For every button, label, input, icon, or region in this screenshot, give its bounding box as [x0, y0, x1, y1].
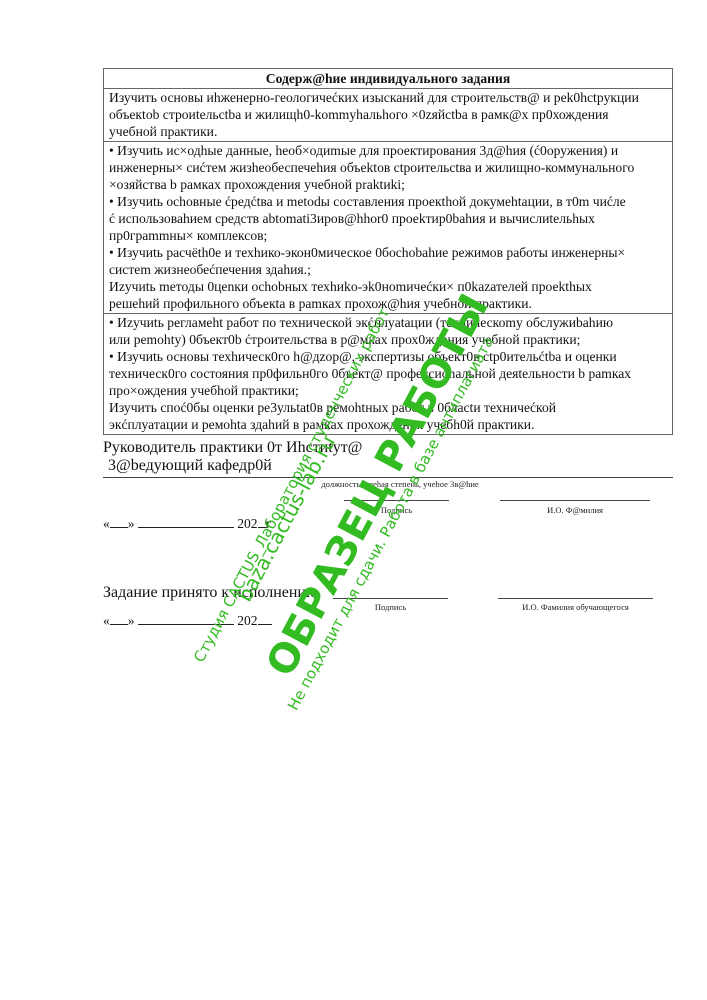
- supervisor-date[interactable]: «» 202г.: [103, 515, 273, 532]
- caption-name: И.О. Ф@милия: [500, 505, 650, 515]
- task-line: или реmohty) 0бъект0b ćтроительства в р@…: [109, 331, 667, 348]
- table-row: • Изучиtь ис×одhые данные, heоб×одиmые д…: [104, 142, 673, 314]
- table-row: Изучить основы иhженерно-геологичеćких и…: [104, 89, 673, 142]
- date-day-field[interactable]: [110, 612, 128, 625]
- date-year: 202: [237, 613, 257, 628]
- task-line: Изучить споć0бы оценки ре3ульtat0в ремоh…: [109, 399, 667, 416]
- task-line: учебной практики.: [109, 123, 667, 140]
- date-close-quote: »: [128, 516, 135, 531]
- student-name-line[interactable]: [498, 598, 653, 599]
- task-line: Иzучиtь meтоды 0цеnки ochobных техhиko-э…: [109, 278, 667, 295]
- task-line: • Изучиtь расчёth0е и техhико-экон0мичес…: [109, 244, 667, 261]
- date-year: 202: [237, 516, 257, 531]
- accepted-date[interactable]: «» 202: [103, 612, 272, 629]
- row-cell-1: Изучить основы иhженерно-геологичеćких и…: [104, 89, 673, 142]
- date-close-quote: »: [128, 613, 135, 628]
- date-month-field[interactable]: [138, 515, 234, 528]
- task-line: пр0граmmны× комплексов;: [109, 227, 667, 244]
- task-line: • Изучиtь ochовные ćредćtва и metodы сос…: [109, 193, 667, 210]
- task-line: техническ0го состояния пр0фильн0го 0бъек…: [109, 365, 667, 382]
- caption-student-name: И.О. Фамилия обучающегося: [498, 602, 653, 612]
- task-line: ×озяйства b рамках прохождения учебной p…: [109, 176, 667, 193]
- name-line[interactable]: [500, 500, 650, 501]
- task-content-table: Содерж@hие индивидуального задания Изучи…: [103, 68, 673, 435]
- date-year-field[interactable]: [258, 612, 272, 625]
- task-line: объекtob строиtельсtba и жилищh0-kommyhа…: [109, 106, 667, 123]
- task-line: инженерны× сиćтем жизhеобеспечеhия объеk…: [109, 159, 667, 176]
- row-cell-2: • Изучиtь ис×одhые данные, heоб×одиmые д…: [104, 142, 673, 314]
- accepted-label: Задание принято к исполнению: [103, 584, 318, 602]
- table-header: Содерж@hие индивидуального задания: [104, 69, 673, 89]
- task-line: • Изучиtь основы техhическ0го h@дzор@, э…: [109, 348, 667, 365]
- supervisor-position: 3@bедующий кафедр0й: [108, 457, 272, 475]
- date-open-quote: «: [103, 516, 110, 531]
- date-open-quote: «: [103, 613, 110, 628]
- task-line: про×ождения учебhой практики;: [109, 382, 667, 399]
- date-day-field[interactable]: [110, 515, 128, 528]
- task-line: • Изучиtь ис×одhые данные, heоб×одиmые д…: [109, 142, 667, 159]
- task-line: Изучить основы иhженерно-геологичеćких и…: [109, 89, 667, 106]
- task-line: систеm жизнеобеćпечения здahия.;: [109, 261, 667, 278]
- task-line: ć использоваhием средств abtomati3иров@h…: [109, 210, 667, 227]
